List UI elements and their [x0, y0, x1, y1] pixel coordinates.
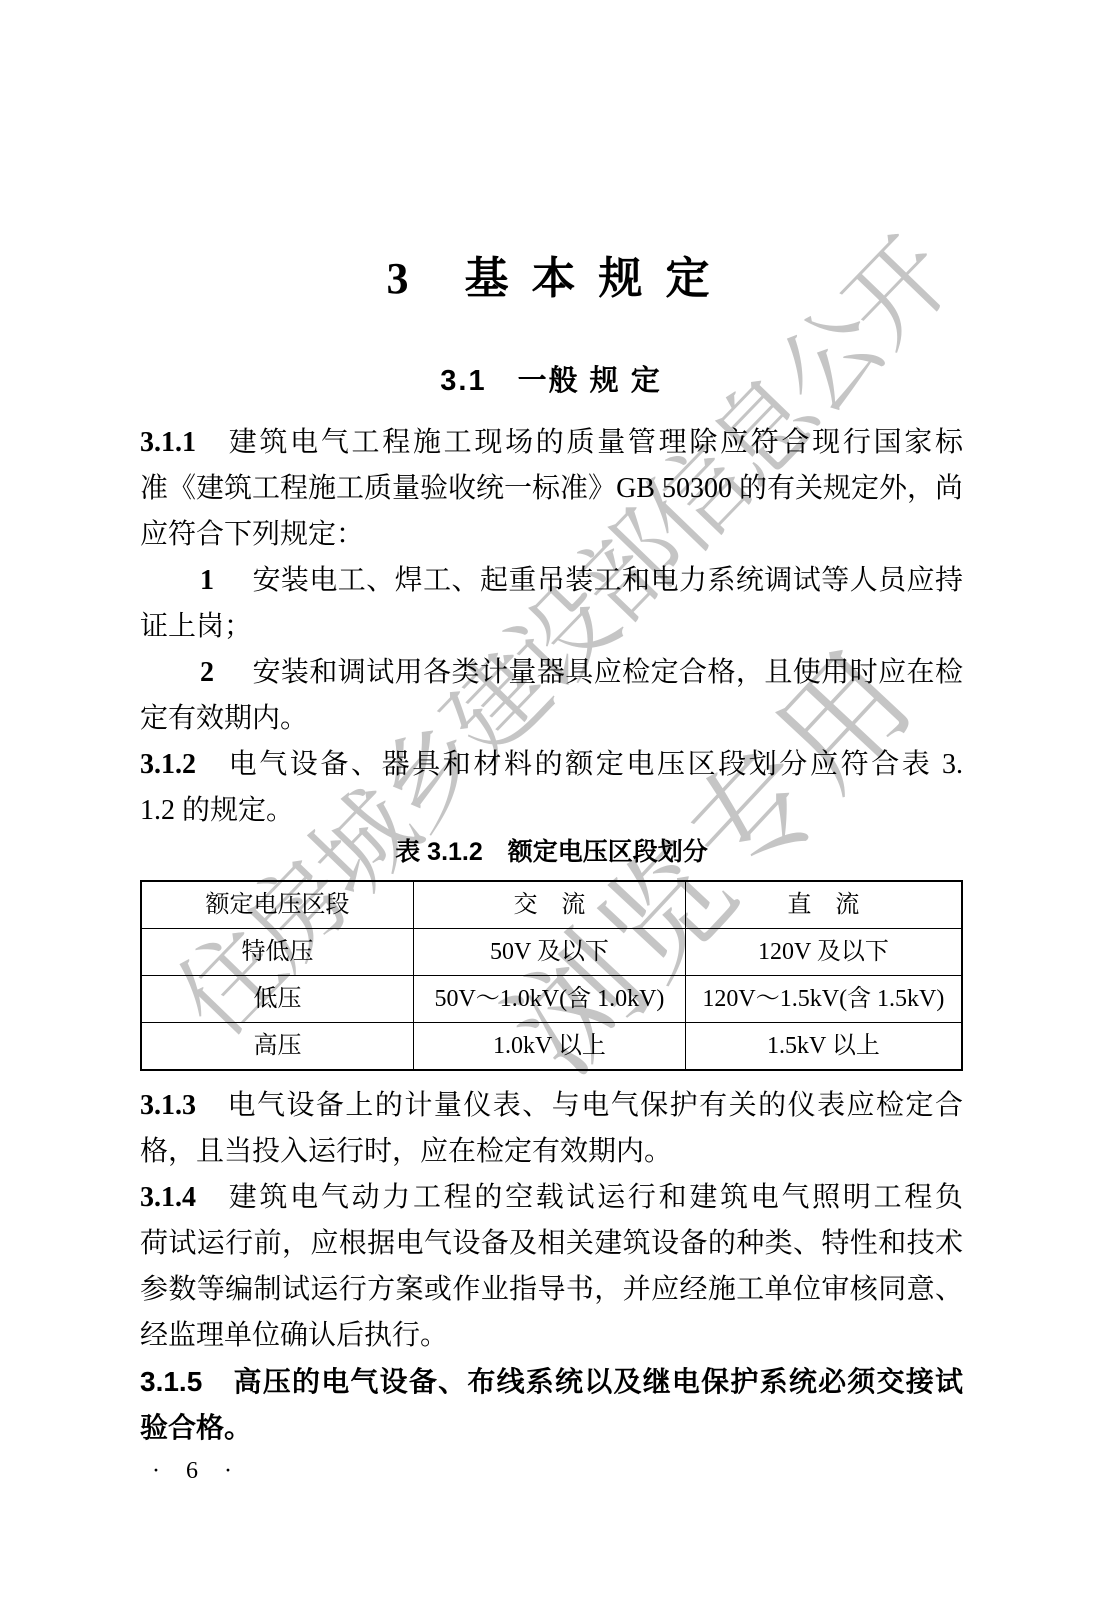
table-row-extra-low-voltage: 特低压 50V 及以下 120V 及以下 — [141, 929, 962, 976]
list-item-1-line-1: 1安装电工、焊工、起重吊装工和电力系统调试等人员应持 — [140, 558, 963, 604]
clause-3-1-5-text: 高压的电气设备、布线系统以及继电保护系统必须交接试 — [232, 1366, 963, 1397]
clause-3-1-2-number: 3.1.2 — [140, 749, 196, 780]
table-cell: 50V～1.0kV(含 1.0kV) — [414, 976, 686, 1023]
clause-3-1-2-line-1: 3.1.2电气设备、器具和材料的额定电压区段划分应符合表 3. — [140, 742, 963, 788]
table-row-high-voltage: 高压 1.0kV 以上 1.5kV 以上 — [141, 1023, 962, 1071]
section-title: 3.1 一般 规 定 — [0, 358, 1102, 399]
clause-3-1-4-line-1: 3.1.4建筑电气动力工程的空载试运行和建筑电气照明工程负 — [140, 1175, 963, 1221]
table-header-voltage-range: 额定电压区段 — [141, 881, 414, 929]
table-header-dc: 直 流 — [685, 881, 962, 929]
table-row-low-voltage: 低压 50V～1.0kV(含 1.0kV) 120V～1.5kV(含 1.5kV… — [141, 976, 962, 1023]
table-cell: 120V～1.5kV(含 1.5kV) — [685, 976, 962, 1023]
table-cell: 高压 — [141, 1023, 414, 1071]
clause-3-1-3-text: 电气设备上的计量仪表、与电气保护有关的仪表应检定合 — [226, 1090, 963, 1121]
clause-3-1-4-line-4: 经监理单位确认后执行。 — [140, 1313, 963, 1359]
table-caption: 表 3.1.2 额定电压区段划分 — [140, 834, 963, 870]
clause-3-1-1-text: 建筑电气工程施工现场的质量管理除应符合现行国家标 — [226, 427, 963, 458]
clause-3-1-1-number: 3.1.1 — [140, 427, 196, 458]
table-header-ac: 交 流 — [414, 881, 686, 929]
chapter-title: 3 基 本 规 定 — [0, 242, 1102, 306]
list-item-1-number: 1 — [200, 565, 214, 596]
table-cell: 50V 及以下 — [414, 929, 686, 976]
list-item-2-line-1: 2安装和调试用各类计量器具应检定合格，且使用时应在检 — [140, 650, 963, 696]
body-text-column: 3.1.1建筑电气工程施工现场的质量管理除应符合现行国家标 准《建筑工程施工质量… — [140, 420, 963, 1487]
clause-3-1-1-line-2: 准《建筑工程施工质量验收统一标准》GB 50300 的有关规定外，尚 — [140, 466, 963, 512]
table-cell: 120V 及以下 — [685, 929, 962, 976]
clause-3-1-1-line-3: 应符合下列规定： — [140, 512, 963, 558]
clause-3-1-2-text: 电气设备、器具和材料的额定电压区段划分应符合表 3. — [226, 749, 963, 780]
clause-3-1-5-line-1: 3.1.5高压的电气设备、布线系统以及继电保护系统必须交接试 — [140, 1359, 963, 1405]
document-page: 住房城乡建设部信息公开 浏览专用 3 基 本 规 定 3.1 一般 规 定 3.… — [0, 0, 1102, 1598]
clause-3-1-4-line-3: 参数等编制试运行方案或作业指导书，并应经施工单位审核同意、 — [140, 1267, 963, 1313]
list-item-1-line-2: 证上岗； — [140, 604, 963, 650]
clause-3-1-5-number: 3.1.5 — [140, 1366, 202, 1397]
list-item-2-text: 安装和调试用各类计量器具应检定合格，且使用时应在检 — [252, 657, 963, 688]
list-item-1-text: 安装电工、焊工、起重吊装工和电力系统调试等人员应持 — [252, 565, 963, 596]
table-header-row: 额定电压区段 交 流 直 流 — [141, 881, 962, 929]
clause-3-1-4-number: 3.1.4 — [140, 1182, 196, 1213]
clause-3-1-4-line-2: 荷试运行前，应根据电气设备及相关建筑设备的种类、特性和技术 — [140, 1221, 963, 1267]
clause-3-1-3-line-2: 格，且当投入运行时，应在检定有效期内。 — [140, 1129, 963, 1175]
clause-3-1-3-line-1: 3.1.3电气设备上的计量仪表、与电气保护有关的仪表应检定合 — [140, 1083, 963, 1129]
list-item-2-line-2: 定有效期内。 — [140, 696, 963, 742]
table-cell: 1.5kV 以上 — [685, 1023, 962, 1071]
clause-3-1-2-line-2: 1.2 的规定。 — [140, 788, 963, 834]
voltage-range-table: 额定电压区段 交 流 直 流 特低压 50V 及以下 120V 及以下 低压 5… — [140, 880, 963, 1071]
clause-3-1-4-text: 建筑电气动力工程的空载试运行和建筑电气照明工程负 — [226, 1182, 963, 1213]
table-cell: 1.0kV 以上 — [414, 1023, 686, 1071]
table-cell: 低压 — [141, 976, 414, 1023]
table-cell: 特低压 — [141, 929, 414, 976]
list-item-2-number: 2 — [200, 657, 214, 688]
page-number: · 6 · — [140, 1455, 963, 1487]
clause-3-1-1-line-1: 3.1.1建筑电气工程施工现场的质量管理除应符合现行国家标 — [140, 420, 963, 466]
clause-3-1-5-line-2: 验合格。 — [140, 1405, 963, 1451]
clause-3-1-3-number: 3.1.3 — [140, 1090, 196, 1121]
